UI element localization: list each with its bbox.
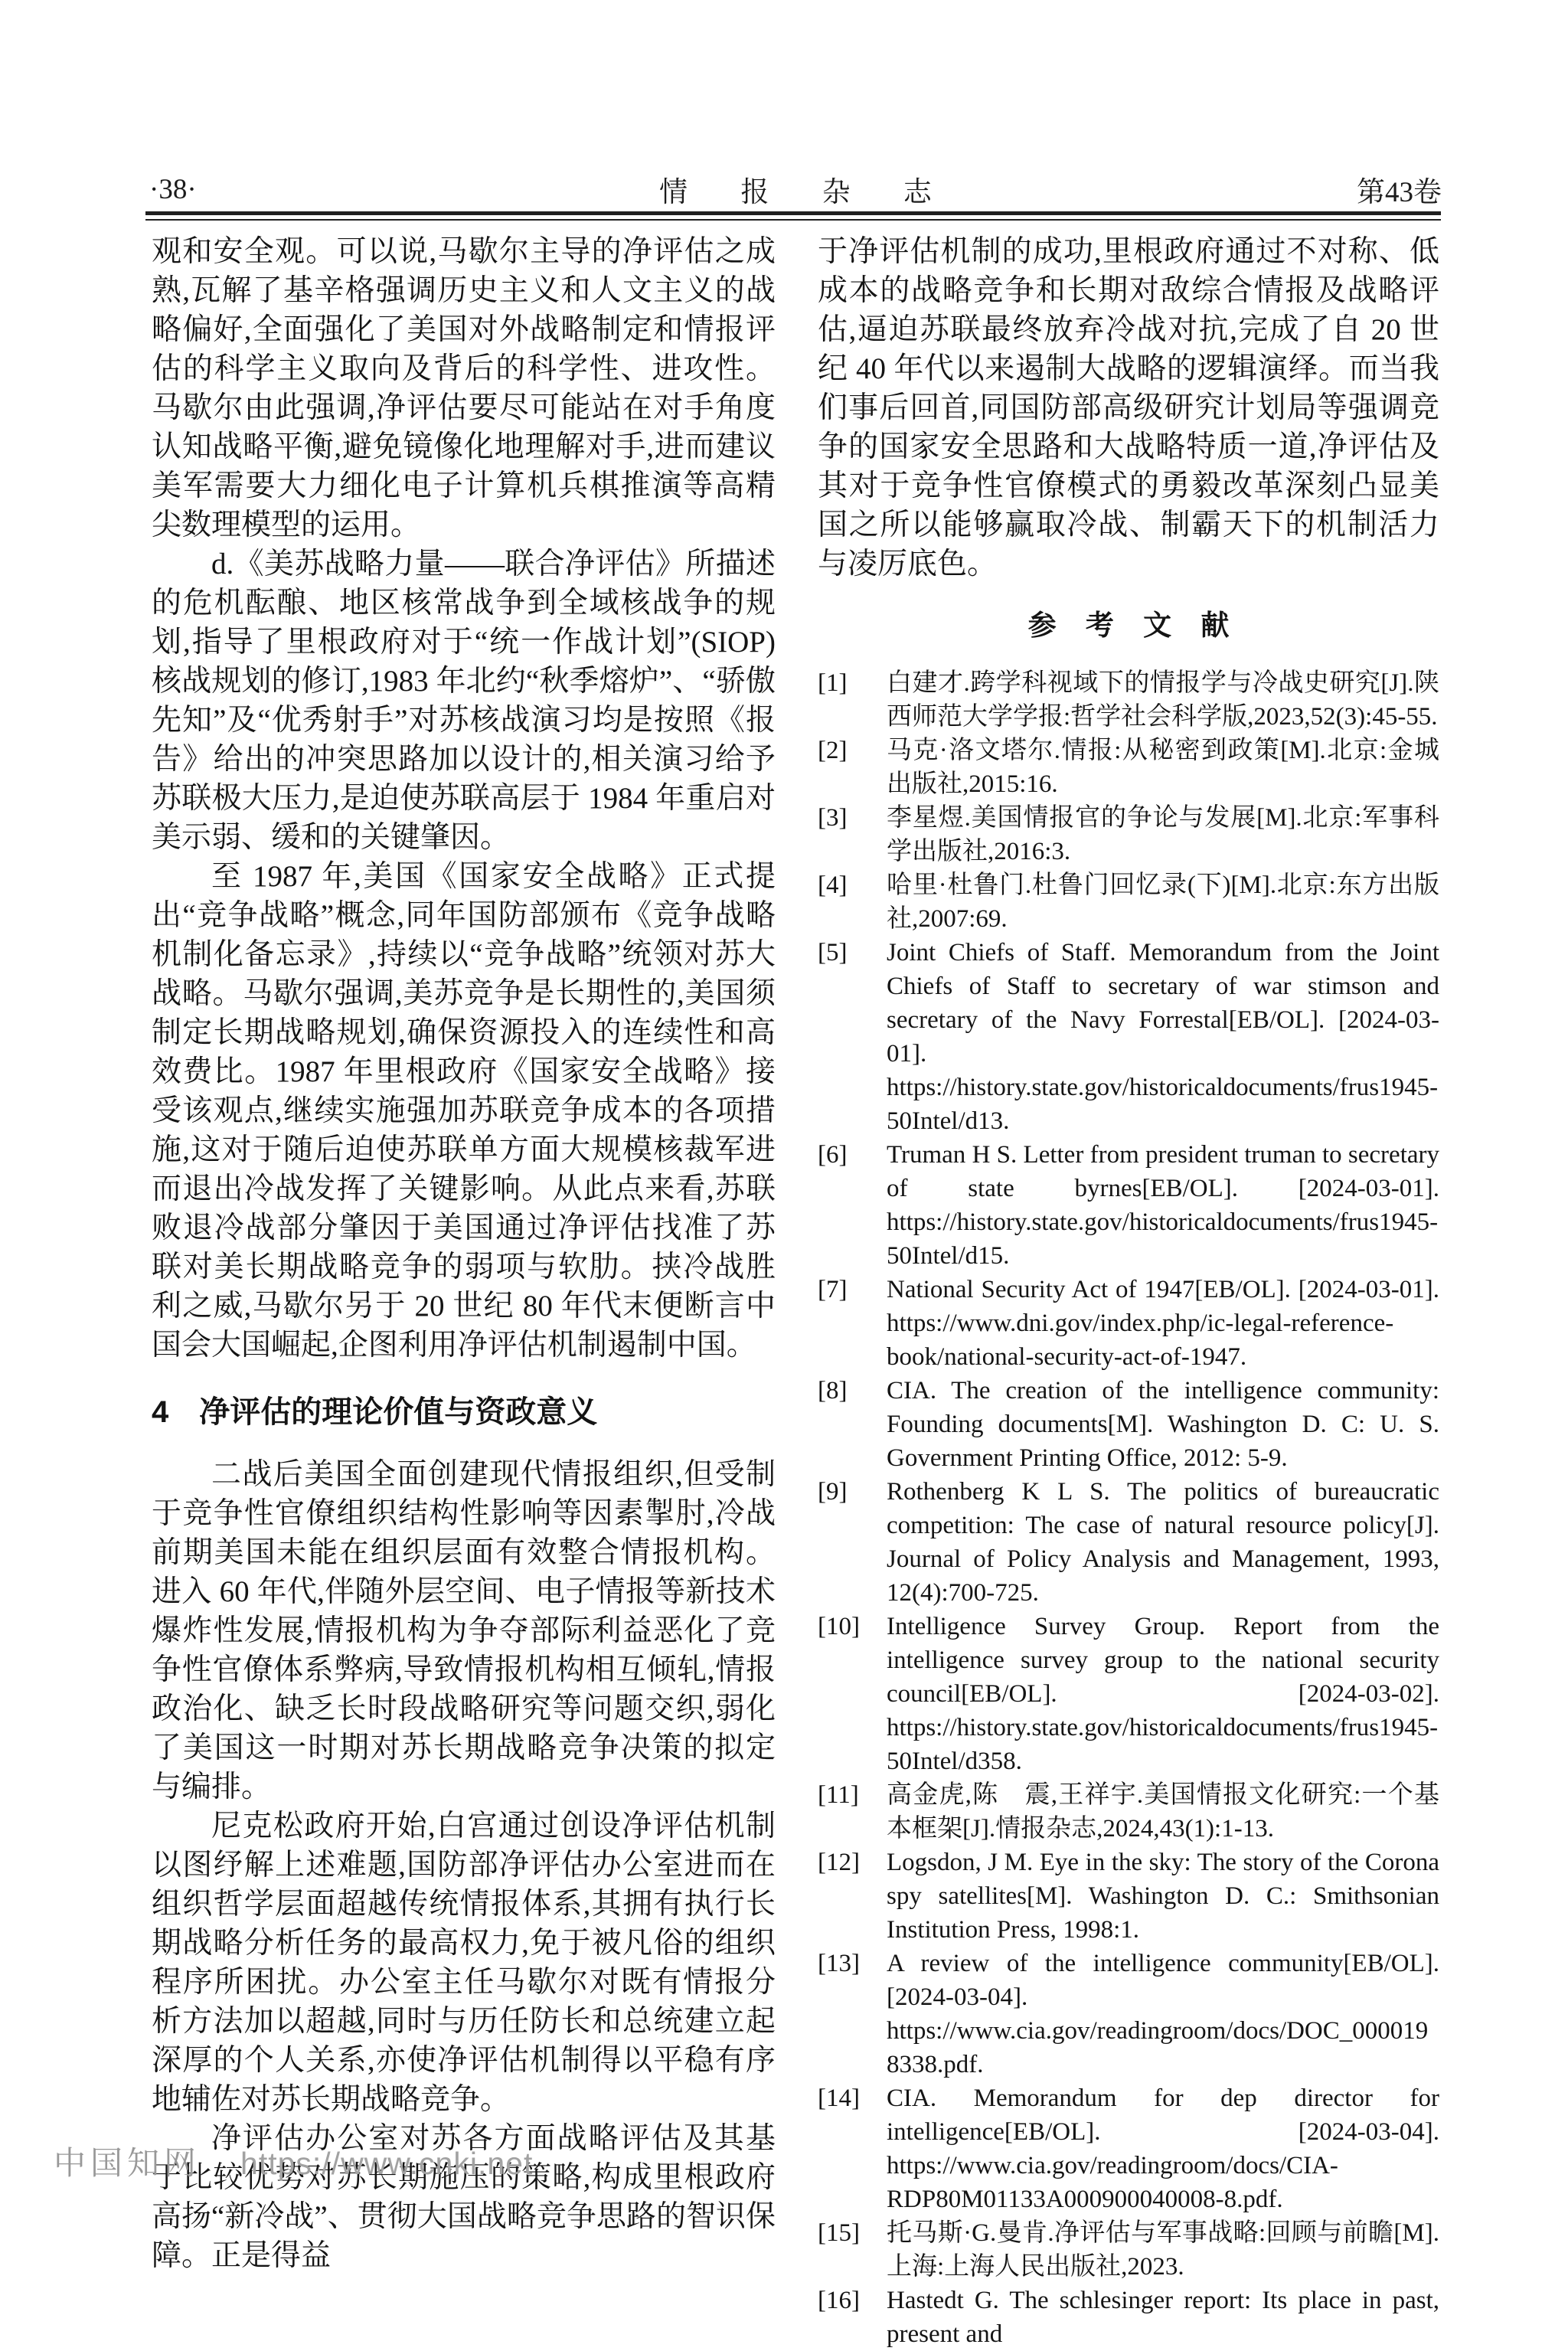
cnki-url-text: https://www.cnki.net [240, 2146, 533, 2182]
paragraph-continuation: 观和安全观。可以说,马歇尔主导的净评估之成熟,瓦解了基辛格强调历史主义和人文主义… [152, 232, 776, 544]
left-column: 观和安全观。可以说,马歇尔主导的净评估之成熟,瓦解了基辛格强调历史主义和人文主义… [152, 232, 776, 2275]
reference-text: Logsdon, J M. Eye in the sky: The story … [887, 1849, 1439, 1944]
reference-text: Joint Chiefs of Staff. Memorandum from t… [887, 939, 1439, 1135]
reference-item: [7]National Security Act of 1947[EB/OL].… [818, 1273, 1439, 1374]
reference-label: [7] [818, 1273, 847, 1306]
reference-text: 高金虎,陈 震,王祥宇.美国情报文化研究:一个基本框架[J].情报杂志,2024… [887, 1781, 1439, 1843]
reference-item: [6]Truman H S. Letter from president tru… [818, 1138, 1439, 1273]
reference-label: [16] [818, 2284, 860, 2317]
paragraph: 二战后美国全面创建现代情报组织,但受制于竞争性官僚组织结构性影响等因素掣肘,冷战… [152, 1455, 776, 1807]
paragraph: 尼克松政府开始,白宫通过创设净评估机制以图纾解上述难题,国防部净评估办公室进而在… [152, 1807, 776, 2119]
reference-item: [8]CIA. The creation of the intelligence… [818, 1374, 1439, 1475]
reference-item: [13]A review of the intelligence communi… [818, 1947, 1439, 2081]
reference-label: [3] [818, 801, 847, 835]
references-list: [1]白建才.跨学科视域下的情报学与冷战史研究[J].陕西师范大学学报:哲学社会… [818, 666, 1439, 2351]
reference-label: [11] [818, 1778, 859, 1812]
page-footer: 中国知网 https://www.cnki.net [54, 2138, 533, 2184]
reference-text: CIA. The creation of the intelligence co… [887, 1377, 1439, 1472]
reference-label: [2] [818, 734, 847, 767]
volume-label: 第43卷 [1357, 168, 1442, 210]
reference-label: [6] [818, 1138, 847, 1172]
reference-item: [16]Hastedt G. The schlesinger report: I… [818, 2284, 1439, 2351]
references-title: 参 考 文 献 [818, 608, 1439, 643]
reference-label: [1] [818, 666, 847, 700]
right-column: 于净评估机制的成功,里根政府通过不对称、低成本的战略竞争和长期对敌综合情报及战略… [818, 232, 1439, 2351]
reference-text: CIA. Memorandum for dep director for int… [887, 2085, 1439, 2213]
page-header: 情 报 杂 志 ·38· 第43卷 [149, 170, 1442, 208]
reference-text: A review of the intelligence community[E… [887, 1950, 1439, 2078]
reference-label: [8] [818, 1374, 847, 1408]
reference-label: [15] [818, 2216, 860, 2250]
reference-text: Rothenberg K L S. The politics of bureau… [887, 1478, 1439, 1607]
reference-item: [4]哈里·杜鲁门.杜鲁门回忆录(下)[M].北京:东方出版社,2007:69. [818, 868, 1439, 936]
section-heading: 4 净评估的理论价值与资政意义 [152, 1392, 776, 1432]
reference-label: [4] [818, 868, 847, 902]
reference-item: [10]Intelligence Survey Group. Report fr… [818, 1610, 1439, 1778]
reference-item: [14]CIA. Memorandum for dep director for… [818, 2081, 1439, 2216]
reference-text: Intelligence Survey Group. Report from t… [887, 1613, 1439, 1775]
reference-label: [14] [818, 2081, 860, 2115]
paragraph: d.《美苏战略力量——联合净评估》所描述的危机酝酿、地区核常战争到全域核战争的规… [152, 544, 776, 857]
reference-text: 马克·洛文塔尔.情报:从秘密到政策[M].北京:金城出版社,2015:16. [887, 737, 1439, 798]
section-number: 4 [152, 1392, 168, 1432]
journal-title: 情 报 杂 志 [149, 168, 1442, 210]
reference-text: Truman H S. Letter from president truman… [887, 1141, 1439, 1270]
reference-item: [5]Joint Chiefs of Staff. Memorandum fro… [818, 936, 1439, 1138]
reference-label: [12] [818, 1846, 860, 1879]
reference-item: [2]马克·洛文塔尔.情报:从秘密到政策[M].北京:金城出版社,2015:16… [818, 734, 1439, 801]
reference-label: [13] [818, 1947, 860, 1980]
reference-item: [11]高金虎,陈 震,王祥宇.美国情报文化研究:一个基本框架[J].情报杂志,… [818, 1778, 1439, 1846]
reference-text: 李星煜.美国情报官的争论与发展[M].北京:军事科学出版社,2016:3. [887, 804, 1439, 865]
paragraph-continuation: 于净评估机制的成功,里根政府通过不对称、低成本的战略竞争和长期对敌综合情报及战略… [818, 232, 1439, 584]
reference-label: [9] [818, 1475, 847, 1509]
paragraph: 至 1987 年,美国《国家安全战略》正式提出“竞争战略”概念,同年国防部颁布《… [152, 857, 776, 1365]
header-rule [145, 211, 1441, 215]
reference-item: [1]白建才.跨学科视域下的情报学与冷战史研究[J].陕西师范大学学报:哲学社会… [818, 666, 1439, 734]
reference-text: National Security Act of 1947[EB/OL]. [2… [887, 1276, 1439, 1371]
reference-item: [3]李星煜.美国情报官的争论与发展[M].北京:军事科学出版社,2016:3. [818, 801, 1439, 868]
reference-item: [9]Rothenberg K L S. The politics of bur… [818, 1475, 1439, 1610]
reference-text: 托马斯·G.曼肯.净评估与军事战略:回顾与前瞻[M].上海:上海人民出版社,20… [887, 2219, 1439, 2281]
page-number: ·38· [149, 173, 197, 206]
reference-label: [5] [818, 936, 847, 970]
reference-text: Hastedt G. The schlesinger report: Its p… [887, 2287, 1439, 2348]
reference-label: [10] [818, 1610, 860, 1643]
reference-item: [15]托马斯·G.曼肯.净评估与军事战略:回顾与前瞻[M].上海:上海人民出版… [818, 2216, 1439, 2284]
reference-item: [12]Logsdon, J M. Eye in the sky: The st… [818, 1846, 1439, 1947]
reference-text: 哈里·杜鲁门.杜鲁门回忆录(下)[M].北京:东方出版社,2007:69. [887, 871, 1439, 933]
cnki-brand-text: 中国知网 [54, 2138, 201, 2184]
reference-text: 白建才.跨学科视域下的情报学与冷战史研究[J].陕西师范大学学报:哲学社会科学版… [887, 669, 1439, 731]
section-title: 净评估的理论价值与资政意义 [199, 1392, 597, 1432]
